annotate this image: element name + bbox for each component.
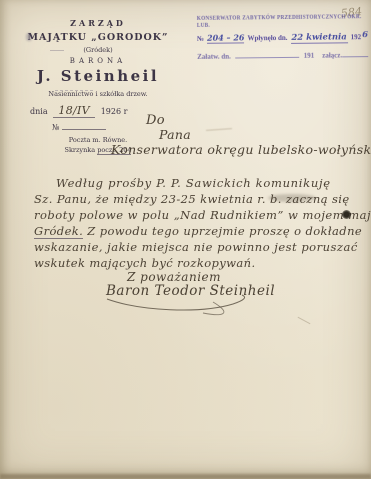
date-label: dnia (30, 107, 48, 116)
signature-flourish (95, 294, 265, 318)
body-line-4: Gródek. Z powodu tego uprzejmie proszę o… (34, 224, 362, 238)
letterhead-subtitle: Nasiennictwo i szkółka drzew. (24, 90, 172, 98)
body-line-4-underlined: Gródek. (34, 224, 83, 239)
number-line (62, 121, 106, 130)
body-line-4-rest: Z powodu tego uprzejmie proszę o dokładn… (83, 224, 362, 238)
address-line-recipient: Konserwatora okręgu lubelsko-wołyńskiego (111, 142, 371, 157)
bleed-mark-dashes (55, 90, 93, 91)
stamp-year2-prefix: 191 (304, 52, 315, 60)
scan-bottom-edge (0, 474, 371, 479)
number-label: № (52, 123, 60, 132)
pencil-tick (298, 317, 311, 324)
stamp-resolved-line (235, 50, 300, 59)
bleed-mark-blob (26, 33, 32, 41)
body-line-3: roboty polowe w polu „Nad Rudnikiem” w m… (34, 208, 371, 222)
letterhead-org-line4: BARONA (24, 57, 172, 65)
body-line-1: Według prośby P. P. Sawickich komunikuję (56, 176, 331, 190)
letterhead-org-line2: MAJĄTKU „GORODOK” (24, 32, 172, 43)
letterhead-owner-name: J. Steinheil (24, 67, 172, 85)
address-line-do: Do (146, 113, 165, 128)
closing-line: Z poważaniem (127, 270, 221, 284)
body-line-5: wskazanie, jakie miejsca nie powinno jes… (34, 240, 358, 254)
stamp-title: KONSERWATOR ZABYTKÓW PRZEDHISTORYCZNYCH … (197, 13, 366, 29)
stamp-year-prefix: 192 (351, 33, 362, 41)
box-label: Skrzynka (65, 146, 96, 154)
body-line-6: wskutek mających być rozkopywań. (34, 256, 256, 270)
stamp-attachments-label: załącz. (322, 51, 342, 59)
letterhead: ZARZĄD MAJĄTKU „GORODOK” (Gródek) BARONA… (24, 18, 172, 154)
letter-page: 584 KONSERWATOR ZABYTKÓW PRZEDHISTORYCZN… (0, 0, 371, 479)
date-year: 1926 r (101, 107, 128, 116)
ink-smudge (268, 194, 316, 202)
date-handwritten: 18/IV (53, 104, 95, 118)
stamp-resolved-label: Załatw. dn. (197, 53, 231, 61)
stamp-resolved-row: Załatw. dn. 191 załącz. (197, 49, 368, 61)
stamp-no-label: № (197, 35, 204, 43)
stamp-received-value: 22 kwietnia (290, 32, 347, 44)
bleed-mark-grodek (50, 50, 64, 51)
stamp-year-handwritten: 6 (362, 30, 368, 40)
ink-blot (342, 210, 351, 219)
stamp-received-label: Wpłynęło dn. (247, 34, 287, 42)
stamp-no-value: 204 – 26 (207, 32, 245, 43)
pencil-scribble (206, 128, 232, 131)
address-line-pana: Pana (159, 127, 191, 142)
stamp-received-row: № 204 – 26 Wpłynęło dn. 22 kwietnia 192 … (197, 31, 368, 45)
letterhead-org-line3: (Gródek) (24, 46, 172, 54)
stamp-attachments-line (342, 49, 368, 57)
receipt-stamp: KONSERWATOR ZABYTKÓW PRZEDHISTORYCZNYCH … (197, 13, 368, 61)
letterhead-org-line1: ZARZĄD (24, 18, 172, 28)
